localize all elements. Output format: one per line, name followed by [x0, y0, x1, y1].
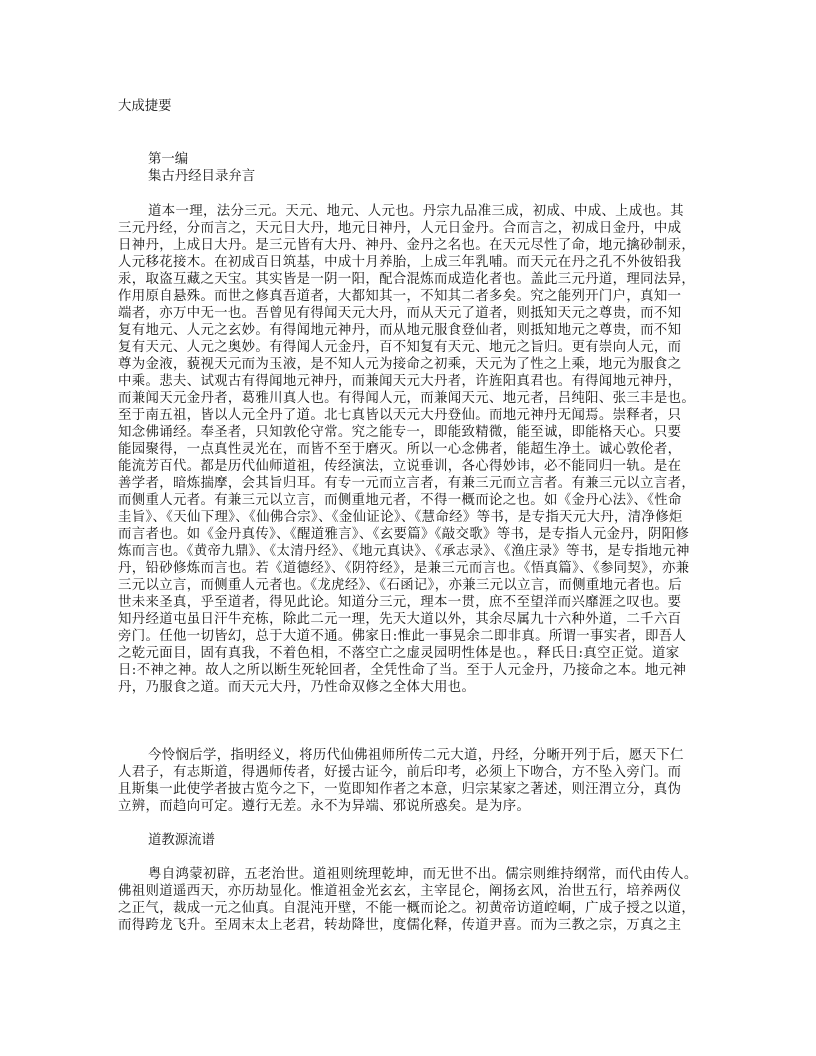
text-line: 丹，乃服食之道。而天元大丹，乃性命双修之全体大用也。	[118, 679, 712, 696]
document-title: 大成捷要	[118, 98, 172, 115]
part-label: 第一编	[148, 151, 188, 168]
text-line: 中乘。悲夫、试观古有得闻地元神丹，而兼闻天元大丹者，许旌阳真君也。有得闻地元神丹…	[118, 373, 712, 390]
text-line: 尊为金液，藐视天元而为玉液，是不知人元为接命之初乘，天元为了性之上乘，地元为服食…	[118, 356, 712, 373]
text-line: 汞，取盗互藏之天宝。其实皆是一阴一阳，配合混炼而成造化者也。盖此三元丹道，理同法…	[118, 271, 712, 288]
text-line: 炼而言也。《黄帝九鼎》、《太清丹经》、《地元真诀》、《承志录》、《渔庄录》等书，…	[118, 543, 712, 560]
text-line: 圭旨》、《天仙下理》、《仙佛合宗》、《金仙证论》、《慧命经》等书，是专指天元大丹…	[118, 509, 712, 526]
text-line: 世未来圣真，乎至道者，得见此论。知道分三元，理本一贯，庶不至望洋而兴靡涯之叹也。…	[118, 594, 712, 611]
text-line: 佛祖则道遥西天，亦历劫显化。惟道祖金光玄玄，主宰昆仑，阐扬玄风，治世五行，培养两…	[118, 883, 712, 900]
text-line: 立辨，而趋向可定。遵行无差。永不为异端、邪说所惑矣。是为序。	[118, 798, 712, 815]
text-line: 而兼闻天元金丹者，葛雅川真人也。有得闻人元，而兼闻天元、地元者，吕纯阳、张三丰是…	[118, 390, 712, 407]
text-line: 端者，亦万中无一也。吾曾见有得闻天元大丹，而从天元了道者，则抵知天元之尊贵，而不…	[118, 305, 712, 322]
text-line: 知念佛诵经。奉圣者，只知敦伦守常。究之能专一，即能致精微，能至诚，即能格天心。只…	[118, 424, 712, 441]
text-line: 日神丹，上成日大丹。是三元皆有大丹、神丹、金丹之名也。在天元尽性了命，地元擒砂制…	[118, 237, 712, 254]
text-line: 善学者，暗炼揣摩，会其旨归耳。有专一元而立言者，有兼三元而立言者。有兼三元以立言…	[118, 475, 712, 492]
text-line: 能园聚得，一点真性灵光在，而皆不至于磨灭。所以一心念佛者，能超生净土。诚心敦伦者…	[118, 441, 712, 458]
paragraph-lineage-1: 粤自鸿蒙初辟，五老治世。道祖则统理乾坤，而无世不出。儒宗则维持纲常，而代由传人。…	[118, 866, 712, 934]
text-line: 复有天元、人元之奥妙。有得闻人元金丹，百不知复有天元、地元之旨归。更有崇向人元，…	[118, 339, 712, 356]
text-line: 而言者也。如《金丹真传》、《醒道雅言》、《玄要篇》《敲交歌》等书，是专指人元金丹…	[118, 526, 712, 543]
text-line: 道本一理，法分三元。天元、地元、人元也。丹宗九品准三成，初成、中成、上成也。其	[118, 203, 712, 220]
text-line: 至于南五祖，皆以人元全丹了道。北七真皆以天元大丹登仙。而地元神丹无闻焉。崇释者，…	[118, 407, 712, 424]
text-line: 作用原自悬殊。而世之修真吾道者，大都知其一，不知其二者多矣。究之能列开门户，真知…	[118, 288, 712, 305]
text-line: 三元以立言，而侧重人元者也。《龙虎经》、《石函记》，亦兼三元以立言，而侧重地元者…	[118, 577, 712, 594]
text-line: 而侧重人元者。有兼三元以立言，而侧重地元者，不得一概而论之也。如《金丹心法》、《…	[118, 492, 712, 509]
text-line: 人君子，有志斯道，得遇师传者，好援古证今，前后印考，必须上下吻合，方不坠入旁门。…	[118, 764, 712, 781]
text-line: 之正气，裁成一元之仙真。自混沌开壁，不能一概而论之。初黄帝访道崆峒，广成子授之以…	[118, 900, 712, 917]
text-line: 之乾元面目，固有真我，不着色相，不落空亡之虚灵园明性体是也。，释氏日:真空正觉。…	[118, 645, 712, 662]
subsection-title: 道教源流谱	[148, 832, 215, 849]
text-line: 三元丹经，分而言之，天元日大丹，地元日神丹，人元日金丹。合而言之，初成日金丹，中…	[118, 220, 712, 237]
text-line: 今怜悯后学，指明经义，将历代仙佛祖师所传二元大道，丹经，分晰开列于后，愿天下仁	[118, 747, 712, 764]
text-line: 复有地元、人元之玄妙。有得闻地元神丹，而从地元服食登仙者，则抵知地元之尊贵，而不…	[118, 322, 712, 339]
paragraph-preface-2: 今怜悯后学，指明经义，将历代仙佛祖师所传二元大道，丹经，分晰开列于后，愿天下仁人…	[118, 747, 712, 815]
text-line: 知丹经道屯虽日汗牛充栋，除此二元一理，先天大道以外，其余尽属九十六种外道，二千六…	[118, 611, 712, 628]
text-line: 而得跨龙飞升。至周末太上老君，转劫降世，度儒化释，传道尹喜。而为三教之宗，万真之…	[118, 917, 712, 934]
text-line: 且斯集一此使学者披古览今之下，一览即知作者之本意，归宗某家之著述，则汪渭立分，真…	[118, 781, 712, 798]
text-line: 能流芳百代。都是历代仙师道祖，传经演法，立说垂训，各心得妙讳，必不能同归一轨。是…	[118, 458, 712, 475]
text-line: 日:不神之神。故人之所以断生死轮回者，全凭性命了当。至于人元金丹，乃接命之本。地…	[118, 662, 712, 679]
text-line: 丹，铅砂修炼而言也。若《道德经》、《阴符经》，是兼三元而言也。《悟真篇》、《参同…	[118, 560, 712, 577]
text-line: 粤自鸿蒙初辟，五老治世。道祖则统理乾坤，而无世不出。儒宗则维持纲常，而代由传人。	[118, 866, 712, 883]
section-title: 集古丹经目录弁言	[148, 168, 255, 185]
text-line: 人元移花接木。在初成百日筑基，中成十月养胎，上成三年乳哺。而天元在丹之孔不外彼铅…	[118, 254, 712, 271]
text-line: 旁门。任他一切皆幻，总于大道不通。佛家日:惟此一事晃余二即非真。所谓一事实者，即…	[118, 628, 712, 645]
paragraph-preface-1: 道本一理，法分三元。天元、地元、人元也。丹宗九品准三成，初成、中成、上成也。其三…	[118, 203, 712, 696]
